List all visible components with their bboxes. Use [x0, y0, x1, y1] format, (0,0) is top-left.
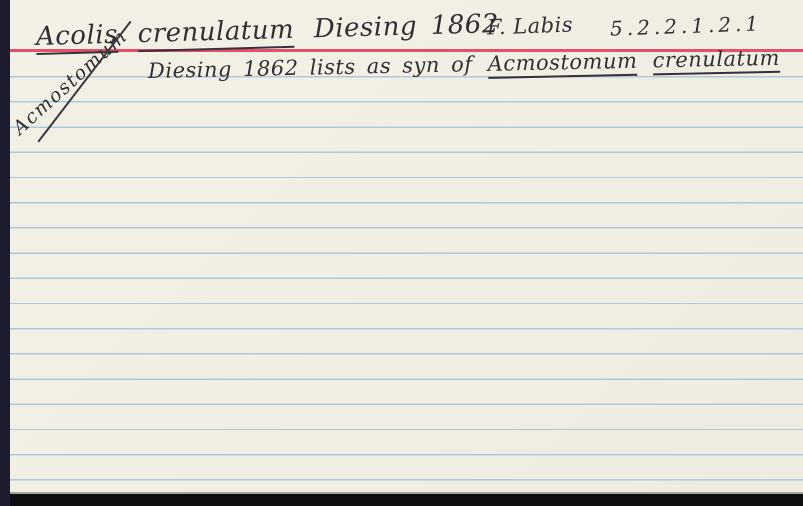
scanned-index-card-photo: Acolis crenulatum Diesing 1862 F. Labis …: [0, 0, 803, 506]
top-annotation: F. Labis: [487, 13, 574, 40]
catalog-number: 5.2.2.1.2.1: [610, 11, 763, 40]
blue-ruled-lines: [10, 76, 803, 492]
index-card: Acolis crenulatum Diesing 1862 F. Labis …: [10, 0, 803, 494]
note-genus: Acmostomum: [487, 49, 637, 79]
heading-species: crenulatum: [137, 15, 294, 52]
scan-border-left: [0, 0, 10, 506]
note-species: crenulatum: [652, 46, 780, 76]
heading-author-year: Diesing 1862: [314, 9, 500, 44]
